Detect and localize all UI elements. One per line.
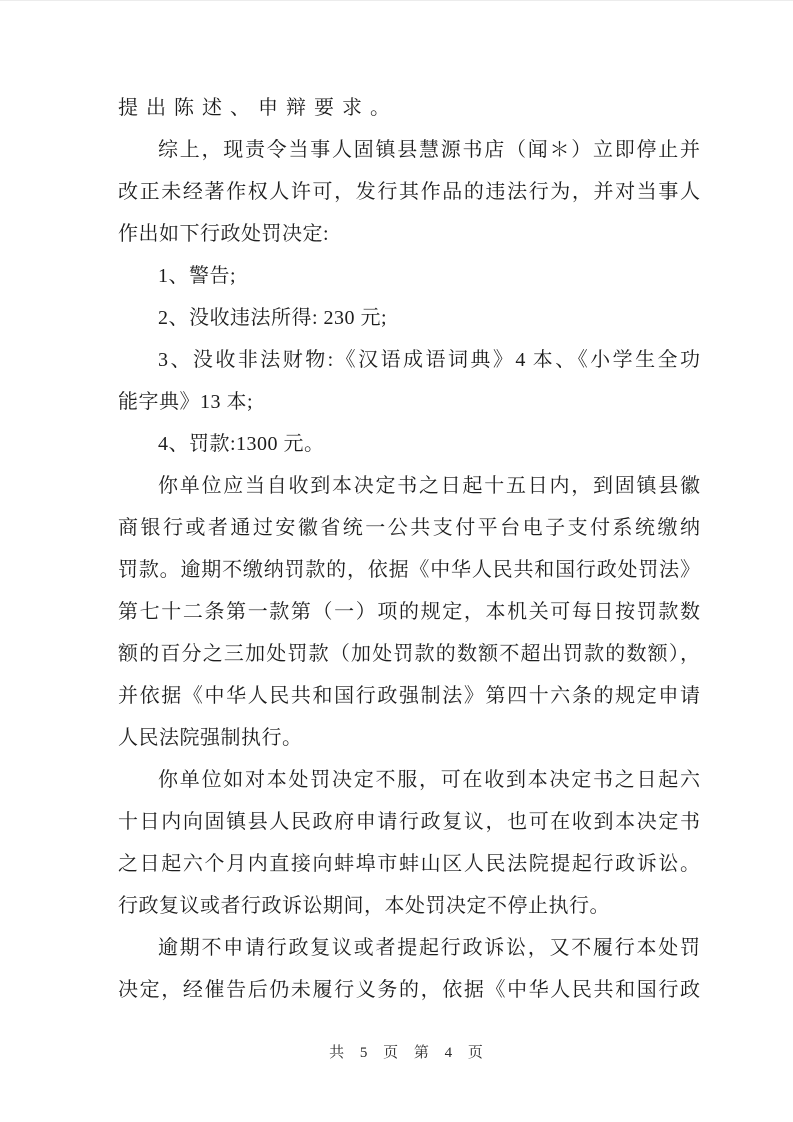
text-line: 作出如下行政处罚决定:	[118, 213, 700, 255]
text-line: 逾期不申请行政复议或者提起行政诉讼，又不履行本处罚	[118, 927, 700, 969]
text-line: 4、罚款:1300 元。	[118, 423, 700, 465]
document-page: 提出陈述、申辩要求。 综上，现责令当事人固镇县慧源书店（闻＊）立即停止并 改正未…	[0, 0, 793, 1122]
page-number-footer: 共 5 页 第 4 页	[118, 1041, 700, 1063]
text-line: 并依据《中华人民共和国行政强制法》第四十六条的规定申请	[118, 675, 700, 717]
text-line: 决定，经催告后仍未履行义务的，依据《中华人民共和国行政	[118, 969, 700, 1011]
text-line: 改正未经著作权人许可，发行其作品的违法行为，并对当事人	[118, 171, 700, 213]
text-line: 之日起六个月内直接向蚌埠市蚌山区人民法院提起行政诉讼。	[118, 843, 700, 885]
text-line: 3、没收非法财物:《汉语成语词典》4 本、《小学生全功	[118, 339, 700, 381]
text-line: 额的百分之三加处罚款（加处罚款的数额不超出罚款的数额），	[118, 633, 700, 675]
text-line: 行政复议或者行政诉讼期间，本处罚决定不停止执行。	[118, 885, 700, 927]
text-line: 人民法院强制执行。	[118, 717, 700, 759]
text-line: 2、没收违法所得: 230 元;	[118, 297, 700, 339]
text-line: 你单位如对本处罚决定不服，可在收到本决定书之日起六	[118, 759, 700, 801]
text-line: 你单位应当自收到本决定书之日起十五日内，到固镇县徽	[118, 465, 700, 507]
text-line: 1、警告;	[118, 255, 700, 297]
text-line: 提出陈述、申辩要求。	[118, 87, 700, 129]
document-body: 提出陈述、申辩要求。 综上，现责令当事人固镇县慧源书店（闻＊）立即停止并 改正未…	[118, 87, 700, 1011]
text-line: 综上，现责令当事人固镇县慧源书店（闻＊）立即停止并	[118, 129, 700, 171]
text-line: 能字典》13 本;	[118, 381, 700, 423]
text-line: 罚款。逾期不缴纳罚款的，依据《中华人民共和国行政处罚法》	[118, 549, 700, 591]
text-line: 第七十二条第一款第（一）项的规定，本机关可每日按罚款数	[118, 591, 700, 633]
text-line: 商银行或者通过安徽省统一公共支付平台电子支付系统缴纳	[118, 507, 700, 549]
text-line: 十日内向固镇县人民政府申请行政复议，也可在收到本决定书	[118, 801, 700, 843]
